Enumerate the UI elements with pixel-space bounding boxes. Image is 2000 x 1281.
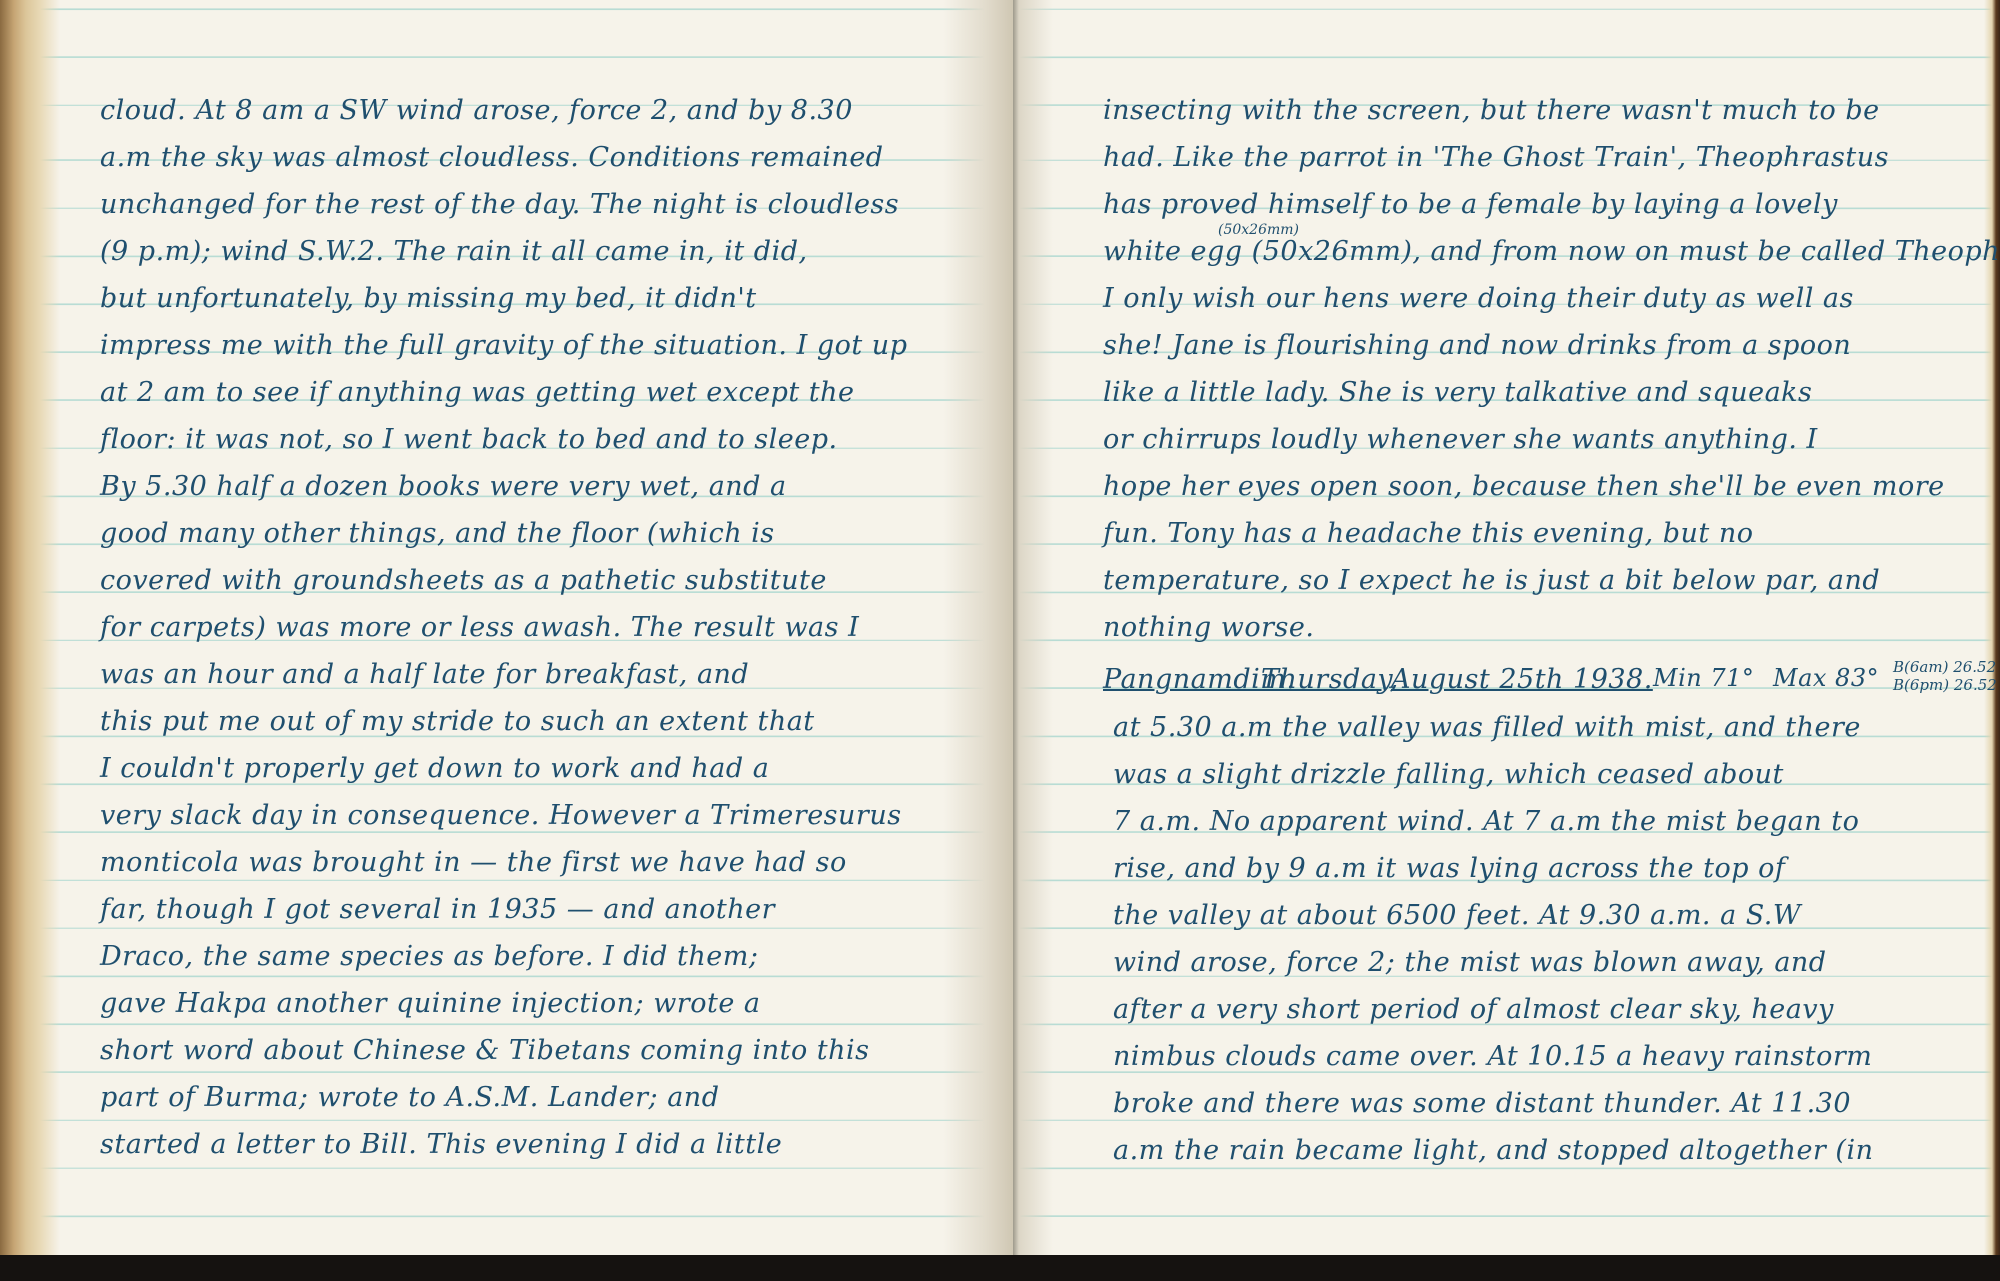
max-temperature: Max 83°: [1773, 664, 1879, 692]
handwritten-line: had. Like the parrot in 'The Ghost Train…: [1103, 142, 1889, 173]
right-page: insecting with the screen, but there was…: [1013, 0, 2000, 1255]
right-gutter-shadow: [1013, 0, 1053, 1255]
handwritten-line: started a letter to Bill. This evening I…: [100, 1129, 782, 1160]
handwritten-line: short word about Chinese & Tibetans comi…: [100, 1035, 870, 1066]
handwritten-line: very slack day in consequence. However a…: [100, 800, 902, 831]
handwritten-line: monticola was brought in — the first we …: [100, 847, 847, 878]
right-page-edge: [1984, 0, 2000, 1255]
handwritten-line: a.m the rain became light, and stopped a…: [1113, 1135, 1873, 1166]
handwritten-line: the valley at about 6500 feet. At 9.30 a…: [1113, 900, 1801, 931]
barometer-am: B(6am) 26.52: [1893, 658, 1996, 676]
handwritten-line: floor: it was not, so I went back to bed…: [100, 424, 838, 455]
left-gutter-shadow: [943, 0, 1013, 1255]
handwritten-line: unchanged for the rest of the day. The n…: [100, 189, 899, 220]
handwritten-line: hope her eyes open soon, because then sh…: [1103, 471, 1945, 502]
left-page-edge: [0, 0, 60, 1255]
handwritten-line: rise, and by 9 a.m it was lying across t…: [1113, 853, 1785, 884]
handwritten-line: a.m the sky was almost cloudless. Condit…: [100, 142, 884, 173]
handwritten-line: like a little lady. She is very talkativ…: [1103, 377, 1812, 408]
handwritten-line: for carpets) was more or less awash. The…: [100, 612, 859, 643]
entry-date: August 25th 1938.: [1391, 664, 1653, 695]
handwritten-line: was an hour and a half late for breakfas…: [100, 659, 749, 690]
handwritten-line: gave Hakpa another quinine injection; wr…: [100, 988, 760, 1019]
handwritten-line: she! Jane is flourishing and now drinks …: [1103, 330, 1851, 361]
notebook-spread: cloud. At 8 am a SW wind arose, force 2,…: [0, 0, 2000, 1255]
handwritten-line: 7 a.m. No apparent wind. At 7 a.m the mi…: [1113, 806, 1859, 837]
background-surface: [0, 1255, 2000, 1281]
handwritten-line: cloud. At 8 am a SW wind arose, force 2,…: [100, 95, 853, 126]
handwritten-line: at 5.30 a.m the valley was filled with m…: [1113, 712, 1861, 743]
handwritten-line: (9 p.m); wind S.W.2. The rain it all cam…: [100, 236, 808, 267]
handwritten-line: temperature, so I expect he is just a bi…: [1103, 565, 1880, 596]
handwritten-line: impress me with the full gravity of the …: [100, 330, 907, 361]
handwritten-line: this put me out of my stride to such an …: [100, 706, 815, 737]
handwritten-line: Draco, the same species as before. I did…: [100, 941, 758, 972]
handwritten-line: wind arose, force 2; the mist was blown …: [1113, 947, 1827, 978]
handwritten-line: white egg (50x26mm), and from now on mus…: [1103, 236, 2000, 267]
handwritten-line: covered with groundsheets as a pathetic …: [100, 565, 827, 596]
handwritten-line: was a slight drizzle falling, which ceas…: [1113, 759, 1784, 790]
handwritten-line: good many other things, and the floor (w…: [100, 518, 775, 549]
barometer-pm: B(6pm) 26.52: [1893, 676, 1997, 694]
handwritten-line: fun. Tony has a headache this evening, b…: [1103, 518, 1754, 549]
handwritten-line: I couldn't properly get down to work and…: [100, 753, 769, 784]
handwritten-line: after a very short period of almost clea…: [1113, 994, 1834, 1025]
left-page: cloud. At 8 am a SW wind arose, force 2,…: [0, 0, 1013, 1255]
handwritten-line: or chirrups loudly whenever she wants an…: [1103, 424, 1818, 455]
min-temperature: Min 71°: [1653, 664, 1754, 692]
entry-day: Thursday,: [1261, 664, 1399, 695]
handwritten-line: broke and there was some distant thunder…: [1113, 1088, 1851, 1119]
handwritten-line: but unfortunately, by missing my bed, it…: [100, 283, 757, 314]
handwritten-line: nothing worse.: [1103, 612, 1314, 643]
handwritten-line: has proved himself to be a female by lay…: [1103, 189, 1838, 220]
handwritten-line: far, though I got several in 1935 — and …: [100, 894, 775, 925]
handwritten-line: insecting with the screen, but there was…: [1103, 95, 1880, 126]
handwritten-line: nimbus clouds came over. At 10.15 a heav…: [1113, 1041, 1872, 1072]
handwritten-line: I only wish our hens were doing their du…: [1103, 283, 1854, 314]
handwritten-line: at 2 am to see if anything was getting w…: [100, 377, 855, 408]
handwritten-line: By 5.30 half a dozen books were very wet…: [100, 471, 787, 502]
handwritten-line: part of Burma; wrote to A.S.M. Lander; a…: [100, 1082, 719, 1113]
